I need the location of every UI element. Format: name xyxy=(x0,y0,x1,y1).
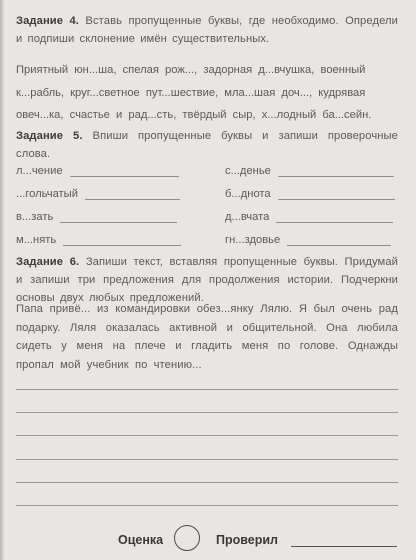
checked-by-label: Проверил xyxy=(216,533,278,547)
answer-line[interactable] xyxy=(85,187,180,200)
word: гн...здовье xyxy=(225,234,280,246)
word-cell-right: б...днота xyxy=(225,187,398,200)
word: д...вчата xyxy=(225,211,269,223)
answer-line[interactable] xyxy=(70,164,179,177)
answer-line[interactable] xyxy=(287,233,391,246)
writing-line[interactable] xyxy=(16,505,398,506)
answer-line[interactable] xyxy=(60,210,177,223)
writing-line[interactable] xyxy=(16,459,398,460)
answer-line[interactable] xyxy=(63,233,181,246)
page-edge xyxy=(0,0,4,560)
word-cell-left: в...зать xyxy=(16,210,181,223)
checked-by-signature-line[interactable] xyxy=(291,546,397,547)
task-5-heading: Задание 5. Впиши пропущенные буквы и зап… xyxy=(16,127,398,163)
word-cell-right: гн...здовье xyxy=(225,233,398,246)
task-4-body: Приятный юн...ша, спелая рож..., задорна… xyxy=(16,59,371,127)
task-6-heading: Задание 6. Запиши текст, вставляя пропущ… xyxy=(16,253,398,307)
task-5-word-grid: л...чение с...денье ...гольчатый б...дно… xyxy=(16,164,398,256)
writing-line[interactable] xyxy=(16,482,398,483)
word: с...денье xyxy=(225,165,271,177)
task-4-line: к...рабль, круг...светное пут...шествие,… xyxy=(16,82,371,105)
task-5-label: Задание 5. xyxy=(16,130,83,142)
writing-line[interactable] xyxy=(16,389,398,390)
word-cell-right: с...денье xyxy=(225,164,398,177)
task-4-line: овеч...ка, счастье и рад...сть, твёрдый … xyxy=(16,104,371,127)
writing-line[interactable] xyxy=(16,435,398,436)
word-pair-row: ...гольчатый б...днота xyxy=(16,187,398,210)
word-pair-row: л...чение с...денье xyxy=(16,164,398,187)
word-cell-left: ...гольчатый xyxy=(16,187,181,200)
word-cell-left: м...нять xyxy=(16,233,181,246)
word-cell-right: д...вчата xyxy=(225,210,398,223)
answer-line[interactable] xyxy=(278,187,395,200)
grading-footer: Оценка Проверил xyxy=(0,524,416,554)
word: л...чение xyxy=(16,165,63,177)
task-4-line: Приятный юн...ша, спелая рож..., задорна… xyxy=(16,59,371,82)
word: б...днота xyxy=(225,188,271,200)
word-cell-left: л...чение xyxy=(16,164,181,177)
task-4-heading: Задание 4. Вставь пропущенные буквы, где… xyxy=(16,12,398,48)
answer-line[interactable] xyxy=(276,210,393,223)
word: ...гольчатый xyxy=(16,188,78,200)
word-pair-row: в...зать д...вчата xyxy=(16,210,398,233)
task-6-text: Папа привё... из командировки обез...янк… xyxy=(16,300,398,374)
grade-label: Оценка xyxy=(118,533,163,547)
task-6-label: Задание 6. xyxy=(16,256,79,268)
answer-line[interactable] xyxy=(278,164,394,177)
word: м...нять xyxy=(16,234,56,246)
writing-line[interactable] xyxy=(16,412,398,413)
grade-circle[interactable] xyxy=(174,525,200,551)
word: в...зать xyxy=(16,211,53,223)
task-4-label: Задание 4. xyxy=(16,15,79,27)
